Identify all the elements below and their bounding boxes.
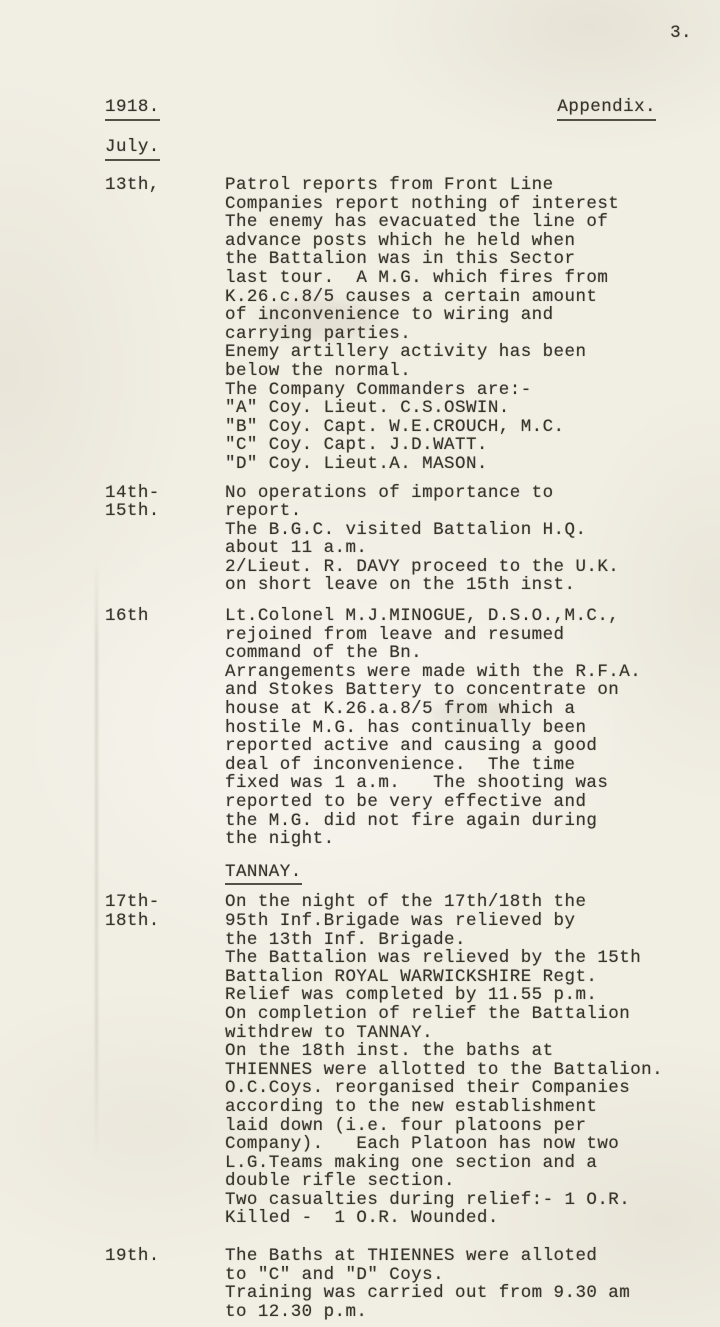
document-page: 3. 1918. Appendix. July. 13th,Patrol rep… xyxy=(0,0,720,1327)
entry-date: 16th xyxy=(105,607,225,626)
entry-text-line: the 13th Inf. Brigade. xyxy=(225,931,704,950)
section-heading: TANNAY. xyxy=(225,863,302,886)
entry-text-line: Relief was completed by 11.55 p.m. xyxy=(225,986,704,1005)
entry-date: 17th-18th. xyxy=(105,893,225,930)
entry-text-line: On the 18th inst. the baths at xyxy=(225,1042,704,1061)
entry-text-line: Training was carried out from 9.30 am xyxy=(225,1284,704,1303)
entry-text-line: the night. xyxy=(225,830,704,849)
entry-text-line: On completion of relief the Battalion xyxy=(225,1005,704,1024)
entry-date-line: 15th. xyxy=(105,502,225,521)
year-heading: 1918. xyxy=(105,98,160,121)
entry-text-line: to "C" and "D" Coys. xyxy=(225,1266,704,1285)
entry-text: Lt.Colonel M.J.MINOGUE, D.S.O.,M.C.,rejo… xyxy=(225,607,704,849)
entry-text-line: Battalion ROYAL WARWICKSHIRE Regt. xyxy=(225,968,704,987)
entry-text-line: Arrangements were made with the R.F.A. xyxy=(225,663,704,682)
entry-text-line: fixed was 1 a.m. The shooting was xyxy=(225,774,704,793)
entry-text-line: Patrol reports from Front Line xyxy=(225,176,704,195)
diary-entry: 19th.The Baths at THIENNES were allotedt… xyxy=(105,1247,704,1321)
entry-text-line: and Stokes Battery to concentrate on xyxy=(225,681,704,700)
entry-text-line: double rifle section. xyxy=(225,1172,704,1191)
diary-entry: 16thLt.Colonel M.J.MINOGUE, D.S.O.,M.C.,… xyxy=(105,607,704,849)
entry-text-line: The Baths at THIENNES were alloted xyxy=(225,1247,704,1266)
entry-text-line: command of the Bn. xyxy=(225,644,704,663)
entry-text-line: to 12.30 p.m. xyxy=(225,1303,704,1322)
entry-date-line: 17th- xyxy=(105,893,225,912)
entry-text-line: Killed - 1 O.R. Wounded. xyxy=(225,1209,704,1228)
entry-text: The Baths at THIENNES were allotedto "C"… xyxy=(225,1247,704,1321)
entry-text-line: "B" Coy. Capt. W.E.CROUCH, M.C. xyxy=(225,418,704,437)
entry-text-line: The enemy has evacuated the line of xyxy=(225,213,704,232)
entry-text-line: The Company Commanders are:- xyxy=(225,381,704,400)
entry-text-line: THIENNES were allotted to the Battalion. xyxy=(225,1061,704,1080)
entry-text-line: On the night of the 17th/18th the xyxy=(225,893,704,912)
entry-text-line: "C" Coy. Capt. J.D.WATT. xyxy=(225,436,704,455)
entry-text-line: according to the new establishment xyxy=(225,1098,704,1117)
entry-text-line: 2/Lieut. R. DAVY proceed to the U.K. xyxy=(225,558,704,577)
entry-text-line: L.G.Teams making one section and a xyxy=(225,1154,704,1173)
entry-text-line: withdrew to TANNAY. xyxy=(225,1024,704,1043)
entry-date-line: 19th. xyxy=(105,1247,225,1266)
entry-text-line: report. xyxy=(225,502,704,521)
entry-text-line: rejoined from leave and resumed xyxy=(225,626,704,645)
entry-text-line: "A" Coy. Lieut. C.S.OSWIN. xyxy=(225,399,704,418)
entry-date-line: 13th, xyxy=(105,176,225,195)
page-number: 3. xyxy=(670,24,692,43)
entry-date-line: 14th- xyxy=(105,484,225,503)
entry-text-line: house at K.26.a.8/5 from which a xyxy=(225,700,704,719)
entry-text-line: reported active and causing a good xyxy=(225,737,704,756)
diary-entry: 17th-18th.On the night of the 17th/18th … xyxy=(105,893,704,1228)
diary-entry: 13th,Patrol reports from Front LineCompa… xyxy=(105,176,704,474)
entry-text-line: last tour. A M.G. which fires from xyxy=(225,269,704,288)
appendix-heading: Appendix. xyxy=(557,98,656,121)
entry-text-line: below the normal. xyxy=(225,362,704,381)
entry-text-line: Lt.Colonel M.J.MINOGUE, D.S.O.,M.C., xyxy=(225,607,704,626)
entry-text-line: The B.G.C. visited Battalion H.Q. xyxy=(225,521,704,540)
entry-text-line: "D" Coy. Lieut.A. MASON. xyxy=(225,455,704,474)
entry-date-line: 16th xyxy=(105,607,225,626)
entry-date: 14th-15th. xyxy=(105,484,225,521)
entry-text-line: the Battalion was in this Sector xyxy=(225,250,704,269)
entry-text-line: K.26.c.8/5 causes a certain amount xyxy=(225,288,704,307)
entry-text-line: O.C.Coys. reorganised their Companies xyxy=(225,1079,704,1098)
month-heading: July. xyxy=(105,138,160,161)
entry-text: Patrol reports from Front LineCompanies … xyxy=(225,176,704,474)
entry-text-line: Enemy artillery activity has been xyxy=(225,343,704,362)
entry-text-line: deal of inconvenience. The time xyxy=(225,756,704,775)
entry-text-line: of inconvenience to wiring and xyxy=(225,306,704,325)
entry-text-line: hostile M.G. has continually been xyxy=(225,719,704,738)
entry-text-line: Companies report nothing of interest xyxy=(225,195,704,214)
entry-text: On the night of the 17th/18th the95th In… xyxy=(225,893,704,1228)
entry-text-line: reported to be very effective and xyxy=(225,793,704,812)
entry-text-line: on short leave on the 15th inst. xyxy=(225,576,704,595)
entry-text-line: the M.G. did not fire again during xyxy=(225,812,704,831)
paper-crease xyxy=(95,560,98,1160)
entry-text-line: carrying parties. xyxy=(225,325,704,344)
diary-entry: 14th-15th.No operations of importance to… xyxy=(105,484,704,596)
entry-text-line: No operations of importance to xyxy=(225,484,704,503)
entry-text-line: 95th Inf.Brigade was relieved by xyxy=(225,912,704,931)
entry-text-line: about 11 a.m. xyxy=(225,539,704,558)
entry-date: 19th. xyxy=(105,1247,225,1266)
entry-text-line: Company). Each Platoon has now two xyxy=(225,1135,704,1154)
entry-date-line: 18th. xyxy=(105,912,225,931)
entry-text-line: advance posts which he held when xyxy=(225,232,704,251)
entry-text: No operations of importance toreport.The… xyxy=(225,484,704,596)
entry-text-line: laid down (i.e. four platoons per xyxy=(225,1117,704,1136)
diary-entries: 13th,Patrol reports from Front LineCompa… xyxy=(105,176,704,1321)
entry-text-line: Two casualties during relief:- 1 O.R. xyxy=(225,1191,704,1210)
entry-text-line: The Battalion was relieved by the 15th xyxy=(225,949,704,968)
entry-date: 13th, xyxy=(105,176,225,195)
